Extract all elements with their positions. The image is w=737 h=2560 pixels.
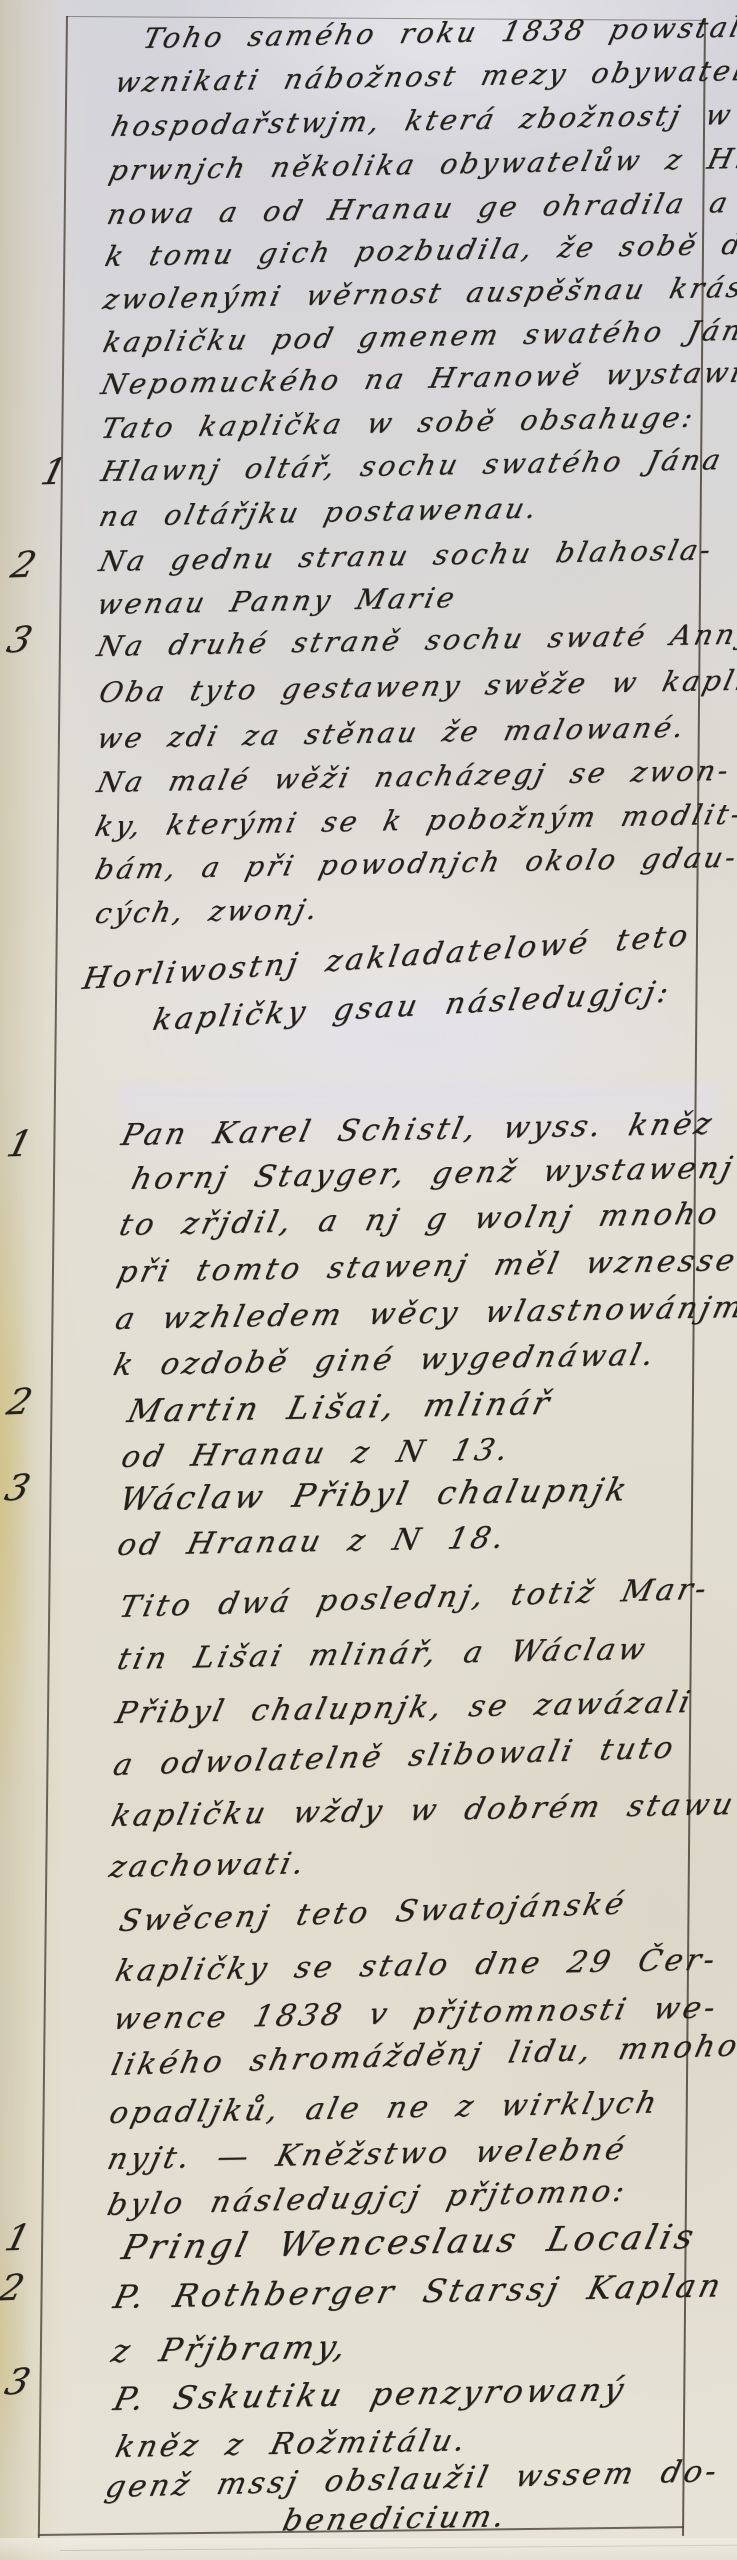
handwriting-line: hospodařstwjm, která zbožnostj w <box>108 98 737 143</box>
margin-number: 1 <box>1 2218 34 2260</box>
handwriting-line: na oltářjku postawenau. <box>96 492 543 533</box>
handwriting-line: bám, a při powodnjch okolo gdau- <box>92 841 737 886</box>
handwriting-line: a wzhledem wěcy wlastnowánjm <box>112 1290 737 1337</box>
handwriting-line: Na malé wěži nacházegj se zwon- <box>94 754 735 799</box>
margin-number: 3 <box>1 2362 34 2404</box>
handwriting-line: wence 1838 v přjtomnosti we- <box>110 1990 722 2037</box>
handwriting-line: Pringl Wenceslaus Localis <box>118 2217 701 2268</box>
handwriting-line: opadljků, ale ne z wirklych <box>106 2086 663 2131</box>
handwriting-line: ky, kterými se k pobožným modlit- <box>92 798 737 843</box>
handwriting-line: prwnjch několika obywatelůw z Hra- <box>106 141 737 187</box>
page-bottom-edge <box>0 2538 737 2560</box>
handwriting-line: kapličku pod gmenem swatého Jána <box>100 313 737 359</box>
handwriting-line: Přibyl chalupnjk, se zawázali <box>112 1685 696 1731</box>
handwriting-line: kapličky se stalo dne 29 Čer- <box>112 1943 721 1989</box>
handwriting-line: Tato kaplička w sobě obsahuge: <box>98 401 699 445</box>
handwriting-line: Na gednu stranu sochu blahosla- <box>96 533 717 578</box>
handwriting-line: k tomu gich pozbudila, že sobě d <box>102 228 737 273</box>
handwriting-line: to zřjdil, a nj g wolnj mnoho <box>116 1197 724 1243</box>
frame-bottom-faint-rule <box>60 2545 737 2552</box>
handwriting-line: P. Sskutiku penzyrowaný <box>110 2370 631 2418</box>
handwriting-line: Pan Karel Schistl, wyss. kněz <box>118 1107 718 1153</box>
margin-number: 3 <box>3 620 36 662</box>
handwriting-line: při tomto stawenj měl wznessený <box>114 1242 737 1290</box>
handwriting-line: zwolenými wěrnost auspěšnau krásnau <box>100 270 737 316</box>
handwriting-line: Oba tyto gestaweny swěže w kapličce <box>96 663 737 709</box>
handwriting-line: Martin Lišai, mlinář <box>124 1384 556 1430</box>
handwriting-line: Nepomuckého na Hranowě wystawili. <box>98 355 737 401</box>
margin-number: 1 <box>3 1124 36 1166</box>
handwriting-line: P. Rothberger Starssj Kaplan <box>110 2266 728 2316</box>
handwriting-line: we zdi za stěnau že malowané. <box>94 711 690 755</box>
margin-number: 3 <box>1 1468 34 1510</box>
handwriting-line: od Hranau z N 13. <box>118 1433 514 1475</box>
margin-number: 2 <box>0 2268 28 2310</box>
frame-left-rule <box>38 16 68 2538</box>
handwriting-line: cých, zwonj. <box>92 893 324 930</box>
handwriting-line: Wáclaw Přibyl chalupnjk <box>116 1470 634 1518</box>
handwriting-line: benedicium. <box>150 2497 640 2541</box>
handwriting-line: Na druhé straně sochu swaté Anny. <box>94 617 737 663</box>
book-gutter-shadow <box>0 0 92 2560</box>
handwriting-line: zachowati. <box>106 1846 311 1885</box>
handwriting-line: Swěcenj teto Swatojánské <box>116 1886 630 1939</box>
handwriting-line: wenau Panny Marie <box>94 581 461 621</box>
handwriting-line: tin Lišai mlinář, a Wáclaw <box>114 1632 652 1677</box>
handwriting-line: z Přjbramy, <box>108 2327 353 2370</box>
handwriting-line: nyjt. — Kněžstwo welebné <box>104 2132 631 2177</box>
handwriting-line: Hlawnj oltář, sochu swatého Jána Nep. <box>98 441 737 488</box>
handwriting-line: a odwolatelně slibowali tuto <box>110 1730 679 1783</box>
handwriting-line: kapličku wždy w dobrém stawu <box>108 1787 737 1834</box>
margin-number: 2 <box>3 1382 36 1424</box>
handwriting-line: hornj Stayger, genž wystawenj <box>128 1150 737 1197</box>
handwriting-line: od Hranau z N 18. <box>114 1521 510 1563</box>
handwriting-line: bylo následugjcj přjtomno: <box>104 2174 631 2223</box>
handwriting-line: likého shromážděnj lidu, mnoho <box>108 2028 737 2083</box>
handwriting-line: Tito dwá poslednj, totiž Mar- <box>116 1572 713 1625</box>
handwriting-line: nowa a od Hranau ge ohradila a <box>104 186 734 231</box>
handwriting-line: k ozdobě giné wygednáwal. <box>110 1338 660 1383</box>
handwriting-line: kněz z Rožmitálu. <box>112 2423 472 2465</box>
handwriting-line: wznikati nábožnost mezy obywately <box>112 54 737 99</box>
margin-number: 2 <box>7 545 40 587</box>
manuscript-page: 123123123 Toho samého roku 1838 powstala… <box>0 0 737 2560</box>
margin-number: 1 <box>37 452 70 494</box>
handwriting-line: Toho samého roku 1838 powstala <box>140 10 737 55</box>
